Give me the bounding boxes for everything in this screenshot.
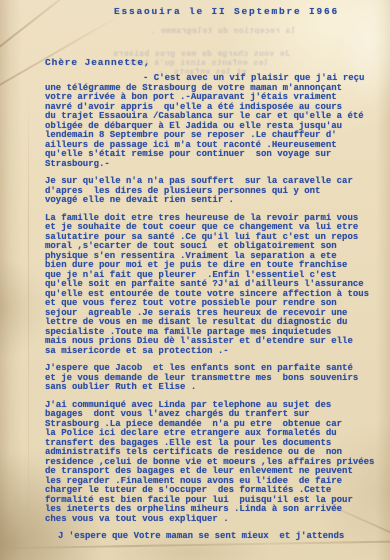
- letter-page: la reception du telegramme .Je vous char…: [0, 0, 390, 560]
- letter-line: sa misericorde et sa protection .-: [45, 347, 385, 357]
- letter-line: sans oublier Ruth et Elise .: [45, 383, 385, 393]
- salutation: Chère Jeannette,: [45, 57, 151, 68]
- paragraph: J'espere que Jacob et les enfants sont e…: [45, 364, 385, 393]
- paper-crease: [0, 0, 87, 60]
- letter-line: ches vous va tout vous expliquer .: [45, 515, 385, 525]
- paragraph: - C'est avec un vif plaisir que j'ai reç…: [45, 74, 385, 169]
- bleedthrough-text: la reception du telegramme .: [150, 27, 296, 36]
- paper-crease: [28, 90, 29, 520]
- letter-body: - C'est avec un vif plaisir que j'ai reç…: [45, 74, 385, 550]
- dateline: Essaouira le II Septembre I966: [114, 6, 339, 17]
- letter-line: voyagé elle ne devait rien sentir .: [45, 196, 385, 206]
- letter-line: J 'espere que Votre maman se sent mieux …: [45, 532, 385, 542]
- paragraph: La famille doit etre tres heureuse de la…: [45, 214, 385, 357]
- paragraph: J 'espere que Votre maman se sent mieux …: [45, 532, 385, 542]
- paragraph: Je sur qu'elle n'a n'a pas souffert sur …: [45, 177, 385, 206]
- paragraph: J'ai communiqué avec Linda par telephone…: [45, 401, 385, 525]
- letter-line: Strasbourg.-: [45, 160, 385, 170]
